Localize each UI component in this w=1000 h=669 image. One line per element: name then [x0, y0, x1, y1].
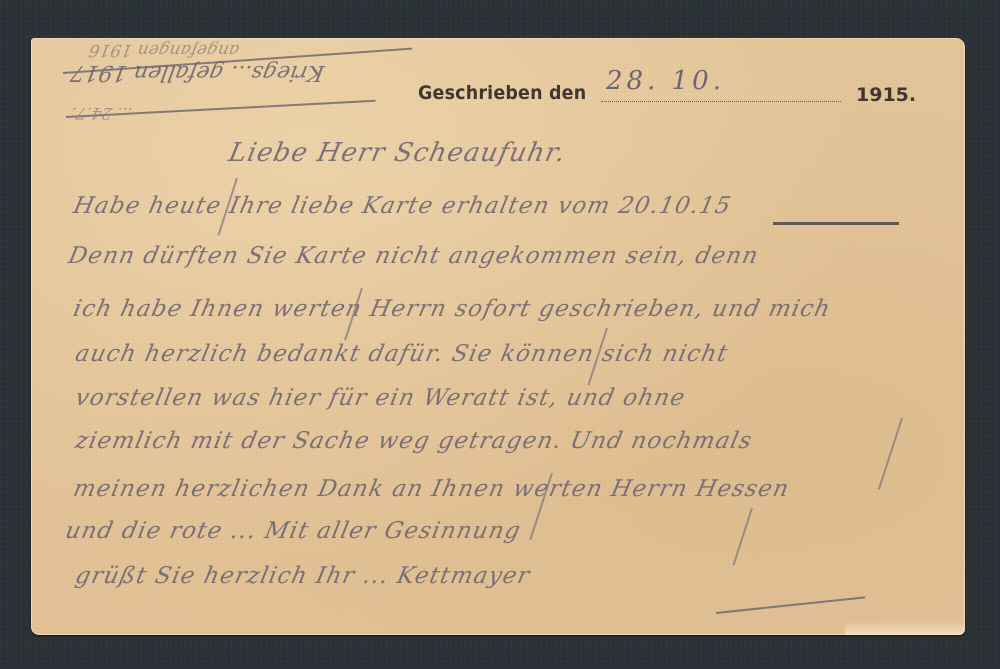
date-underline: [773, 222, 899, 225]
body-line-3: ich habe Ihnen werten Herrn sofort gesch…: [71, 296, 833, 322]
body-line-7: meinen herzlichen Dank an Ihnen werten H…: [71, 476, 792, 502]
signature-flourish: [716, 596, 865, 613]
body-line-5: vorstellen was hier für ein Weratt ist, …: [73, 385, 688, 411]
printed-year: 1915.: [856, 84, 916, 106]
pen-stroke: [732, 508, 752, 566]
worn-corner: [845, 621, 965, 635]
handwritten-date: 28. 10.: [606, 66, 725, 96]
closing-line: grüßt Sie herzlich Ihr ... Kettmayer: [73, 563, 533, 589]
crossed-note-3: ... 24.7.: [69, 104, 133, 123]
body-line-4: auch herzlich bedankt dafür. Sie können …: [73, 341, 731, 367]
pen-stroke: [878, 418, 903, 490]
postcard: angefangen 1916 Kriegs... gefallen 1917 …: [31, 38, 965, 635]
body-line-8: und die rote ... Mit aller Gesinnung: [63, 518, 524, 544]
printed-date-header: Geschrieben den 28. 10. 1915.: [418, 82, 918, 112]
crossed-note-1: angefangen 1916: [37, 40, 241, 60]
body-line-1: Habe heute Ihre liebe Karte erhalten vom…: [71, 193, 734, 219]
body-line-6: ziemlich mit der Sache weg getragen. Und…: [73, 428, 755, 454]
greeting-line: Liebe Herr Scheaufuhr.: [226, 138, 569, 168]
date-dotted-line: [601, 101, 841, 102]
body-line-2: Denn dürften Sie Karte nicht angekommen …: [66, 243, 761, 269]
written-on-label: Geschrieben den: [418, 82, 586, 104]
